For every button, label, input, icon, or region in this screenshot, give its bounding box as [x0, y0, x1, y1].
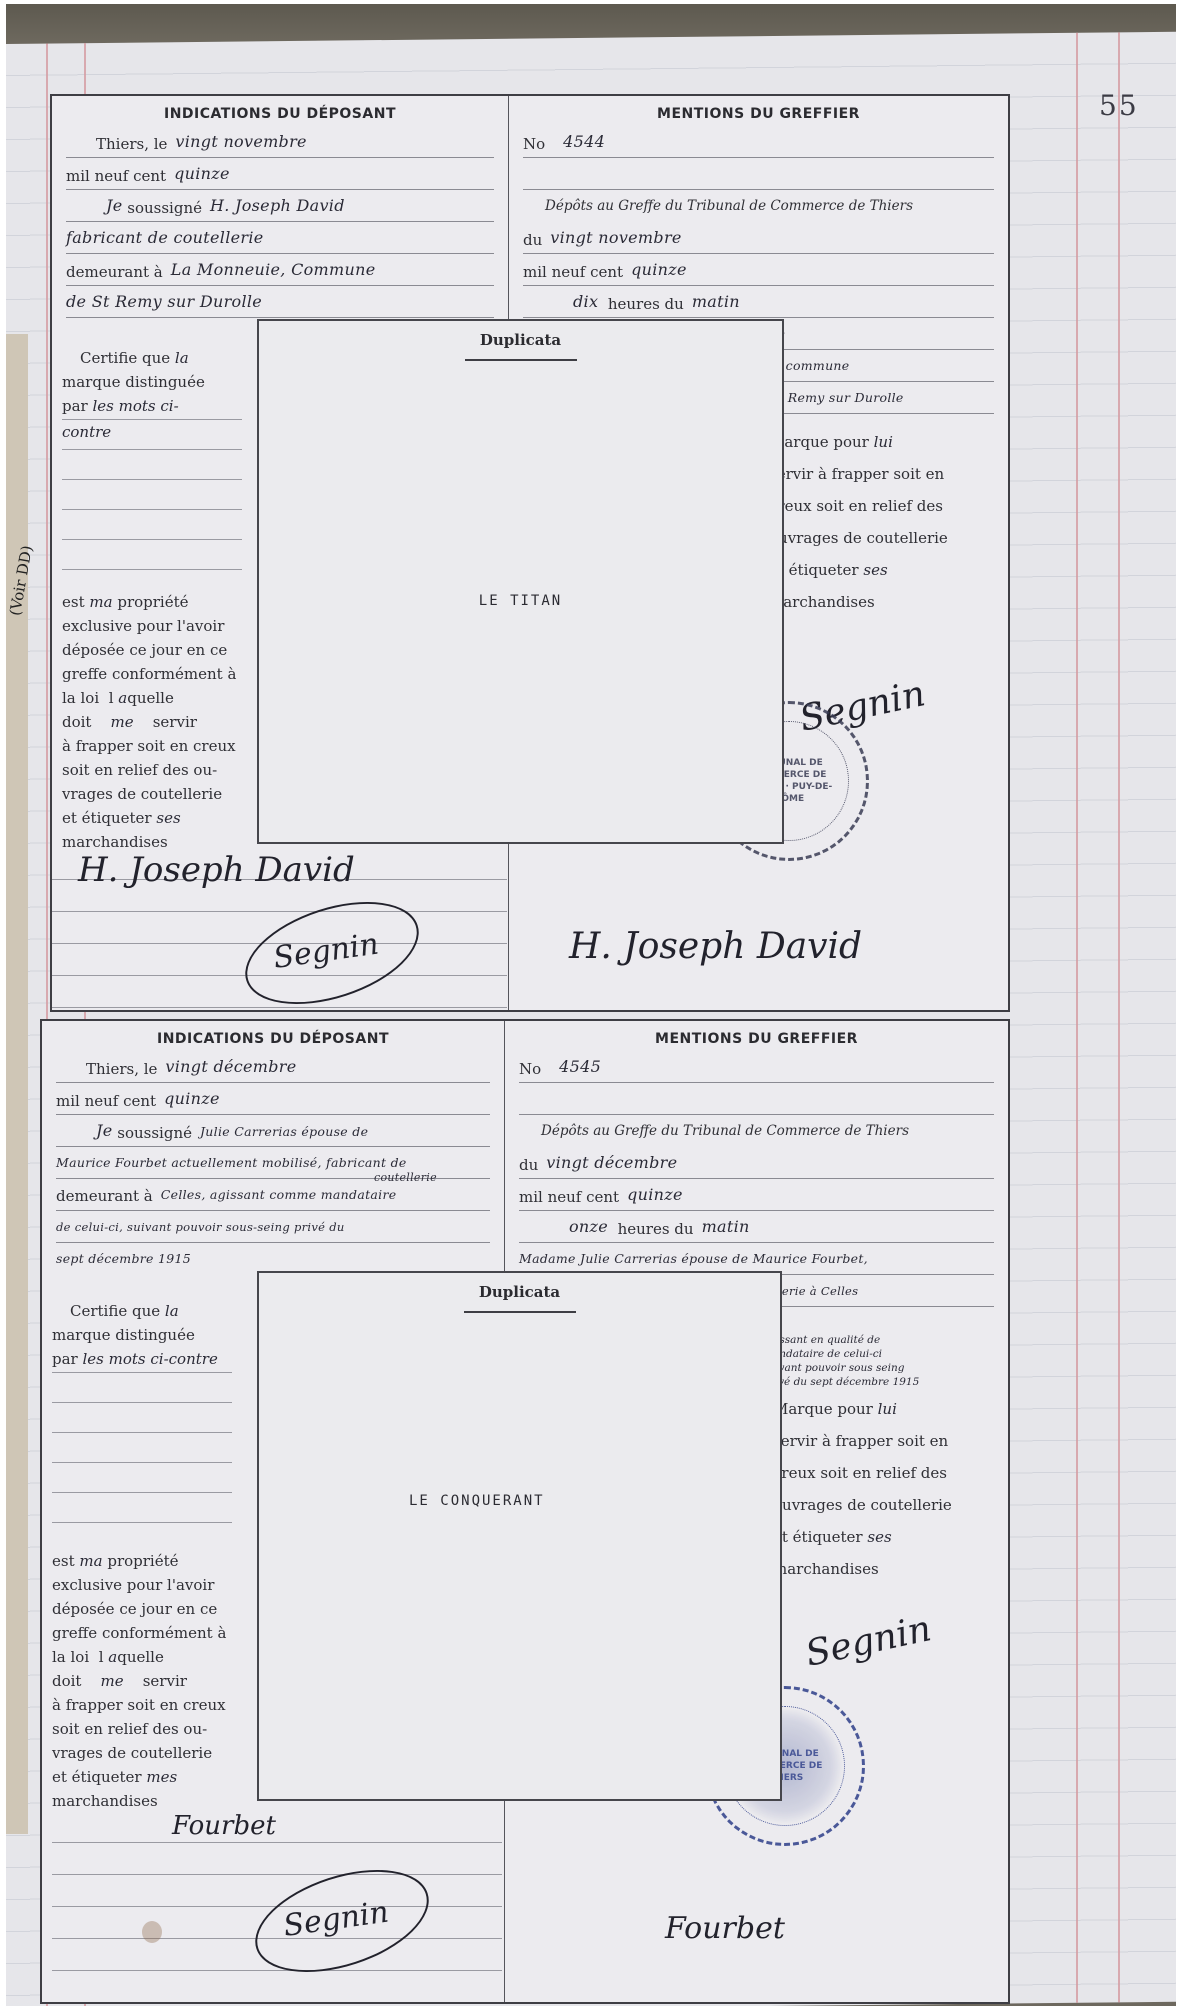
profession-line: fabricant de coutellerie — [66, 222, 494, 254]
year-line: mil neuf centquinze — [66, 158, 494, 190]
date-line: Thiers, levingt novembre — [66, 126, 494, 158]
title-rule — [465, 359, 577, 361]
trademark-text: LE TITAN — [259, 593, 782, 609]
photo-frame: 55 (Voir DD) INDICATIONS DU DÉPOSANT Thi… — [6, 4, 1176, 2006]
greffier-header: MENTIONS DU GREFFIER — [509, 96, 1008, 126]
pasted-strip: (Voir DD) — [6, 334, 28, 1834]
court-heading: Dépôts au Greffe du Tribunal de Commerce… — [519, 1115, 994, 1147]
depositor-countersignature: Fourbet — [665, 1911, 785, 1946]
year-hand: quinze — [174, 164, 230, 183]
depositor-name: Julie Carrerias épouse de — [200, 1124, 368, 1139]
description-line-3: de St Remy sur Durolle — [749, 382, 994, 414]
duplicata-box: Duplicata LE CONQUERANT — [257, 1271, 782, 1801]
mark-purpose-text: Marque pour lui servir à frapper soit en… — [763, 1393, 1003, 1585]
deposit-date-line: duvingt novembre — [523, 222, 994, 254]
registration-number: 4544 — [563, 132, 605, 151]
deposit-year-line: mil neuf centquinze — [523, 254, 994, 286]
clerk-signature: Segnin — [802, 1608, 935, 1674]
name-line: Je soussignéJulie Carrerias épouse de — [56, 1115, 490, 1147]
ink-stain — [142, 1921, 162, 1943]
address-line: demeurant àLa Monneuie, Commune — [66, 254, 494, 286]
address-line-2: de celui-ci, suivant pouvoir sous-seing … — [56, 1211, 490, 1243]
deposit-hour-line: onze heures dumatin — [519, 1211, 994, 1243]
address-line-2: de St Remy sur Durolle — [66, 286, 494, 318]
greffier-header: MENTIONS DU GREFFIER — [505, 1021, 1008, 1051]
deposit-date-line: duvingt décembre — [519, 1147, 994, 1179]
depositor-signature: H. Joseph David — [78, 850, 355, 890]
date-hand: vingt novembre — [175, 132, 306, 151]
blank-line — [523, 158, 994, 190]
trademark-text: LE CONQUERANT — [259, 1493, 780, 1509]
registration-number-line: No4544 — [523, 126, 994, 158]
margin-rule — [1118, 32, 1120, 2002]
certification-text: Certifie que la marque distinguée par le… — [42, 1299, 242, 1813]
certification-text: Certifie que la marque distinguée par le… — [52, 346, 252, 854]
registration-number: 4545 — [559, 1057, 601, 1076]
depositor-countersignature: H. Joseph David — [569, 926, 862, 967]
page-number: 55 — [1099, 89, 1139, 122]
deposit-hour-line: dix heures dumatin — [523, 286, 994, 318]
duplicata-title: Duplicata — [259, 1273, 780, 1301]
profession-line: Maurice Fourbet actuellement mobilisé, f… — [56, 1147, 490, 1179]
duplicata-title: Duplicata — [259, 321, 782, 349]
depositant-signature-area: H. Joseph David Segnin — [52, 848, 507, 1008]
blank-line — [519, 1083, 994, 1115]
deposit-form-4545: INDICATIONS DU DÉPOSANT Thiers, levingt … — [40, 1019, 1010, 2004]
depositant-header: INDICATIONS DU DÉPOSANT — [42, 1021, 504, 1051]
address-line: demeurant àCelles, agissant comme mandat… — [56, 1179, 490, 1211]
duplicata-box: Duplicata LE TITAN — [257, 319, 784, 844]
margin-rule — [1076, 33, 1078, 2003]
depositor-name: H. Joseph David — [210, 196, 345, 215]
name-line: Je soussignéH. Joseph David — [66, 190, 494, 222]
mark-purpose-text: Marque pour lui servir à frapper soit en… — [759, 426, 999, 618]
depositor-signature: Fourbet — [172, 1811, 276, 1841]
depositant-signature-area: Fourbet Segnin — [52, 1811, 502, 1971]
description-annotation: agissant en qualité de mandataire de cel… — [763, 1333, 993, 1389]
deposit-form-4544: INDICATIONS DU DÉPOSANT Thiers, levingt … — [50, 94, 1010, 1012]
deposit-year-line: mil neuf centquinze — [519, 1179, 994, 1211]
title-rule — [464, 1311, 576, 1313]
depositant-header: INDICATIONS DU DÉPOSANT — [52, 96, 508, 126]
year-line: mil neuf centquinze — [56, 1083, 490, 1115]
registration-number-line: No4545 — [519, 1051, 994, 1083]
date-line: Thiers, levingt décembre — [56, 1051, 490, 1083]
court-heading: Dépôts au Greffe du Tribunal de Commerce… — [523, 190, 994, 222]
